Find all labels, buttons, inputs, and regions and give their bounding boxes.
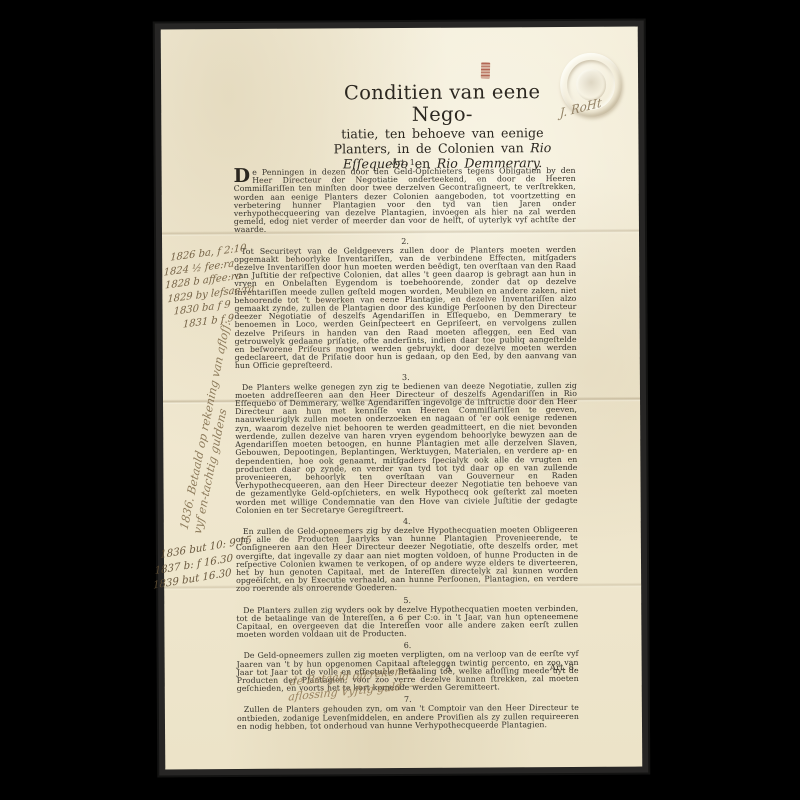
- article-1-text: De Penningen in dezen door den Geld-Opſc…: [234, 167, 576, 235]
- marginalia-rotated-note: 1836. Betaald op rekening van afloſſ: vy…: [178, 341, 243, 536]
- drop-cap: D: [234, 169, 253, 184]
- article-4-text: En zullen de Geld-opneemers zig by dezel…: [236, 526, 578, 594]
- article-2-text: Tot Securiteyt van de Geldgeevers zullen…: [234, 246, 577, 371]
- catchword: A: [445, 663, 451, 673]
- document-paper: J. RoHt Conditien van eene Nego- tiatie,…: [161, 27, 643, 770]
- title-line-1: Conditien van eene Nego-: [311, 81, 573, 127]
- article-7-text: Zullen de Planters gehouden zyn, om van …: [237, 704, 579, 731]
- next-article-ref: Art. 8.: [550, 662, 577, 672]
- photo-background: J. RoHt Conditien van eene Nego- tiatie,…: [0, 0, 800, 800]
- title-line-2: tiatie, ten behoeve van eenige: [311, 125, 573, 142]
- collection-mark: [481, 62, 490, 78]
- marginalia-ledger-upper: 1826 ba, f 2:10 1824 ½ fee:ra 1828 b aff…: [157, 240, 257, 335]
- article-5-text: De Planters zullen zig wyders ook by dez…: [236, 604, 578, 639]
- document-body: Art. 1. De Penningen in dezen door den G…: [234, 154, 579, 684]
- article-3-text: De Planters welke genegen zyn zig te bed…: [235, 382, 578, 515]
